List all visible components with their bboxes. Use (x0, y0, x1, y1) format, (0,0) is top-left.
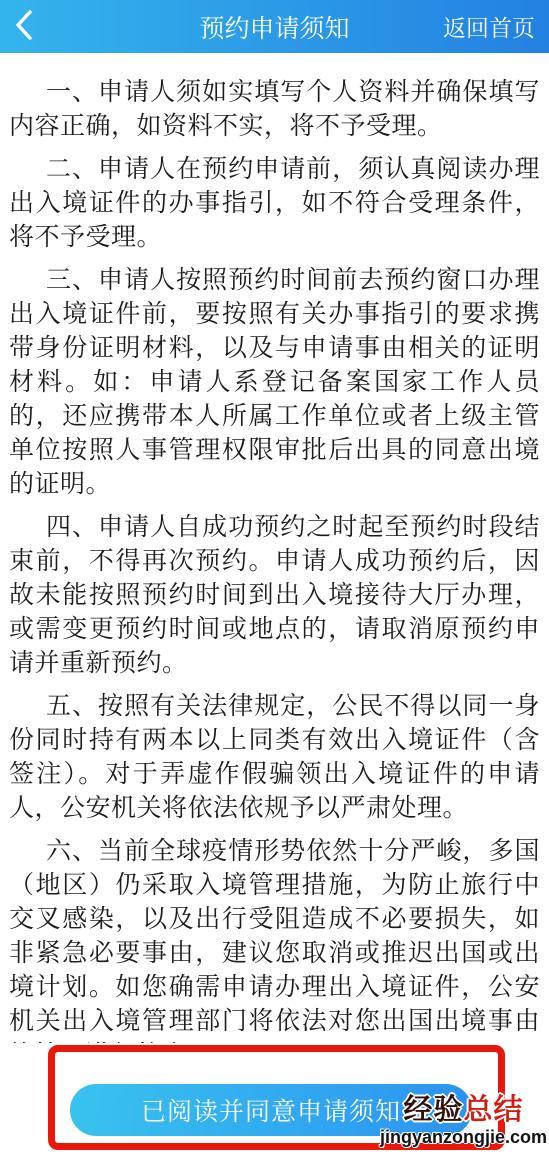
notice-paragraph: 一、申请人须如实填写个人资料并确保填写内容正确，如资料不实，将不予受理。 (9, 75, 540, 143)
watermark-brand-red: 总结 (463, 1094, 523, 1126)
back-button[interactable] (14, 9, 48, 45)
notice-paragraph: 六、当前全球疫情形势依然十分严峻，多国（地区）仍采取入境管理措施，为防止旅行中交… (9, 834, 540, 1043)
app-header: 预约申请须知 返回首页 (0, 0, 549, 53)
notice-paragraph: 四、申请人自成功预约之时起至预约时段结束前，不得再次预约。申请人成功预约后，因故… (9, 510, 540, 680)
notice-paragraph: 二、申请人在预约申请前，须认真阅读办理出入境证件的办事指引，如不符合受理条件，将… (9, 152, 540, 254)
agree-button-label: 已阅读并同意申请须知 (141, 1092, 401, 1128)
app-screen: 预约申请须知 返回首页 一、申请人须如实填写个人资料并确保填写内容正确，如资料不… (0, 0, 549, 1155)
agree-button[interactable]: 已阅读并同意申请须知 (70, 1084, 472, 1136)
notice-paragraph: 三、申请人按照预约时间前去预约窗口办理出入境证件前，要按照有关办事指引的要求携带… (9, 263, 540, 501)
notice-text-area: 一、申请人须如实填写个人资料并确保填写内容正确，如资料不实，将不予受理。 二、申… (0, 53, 549, 1043)
page-title: 预约申请须知 (199, 9, 349, 45)
chevron-left-icon (14, 9, 34, 44)
return-home-link[interactable]: 返回首页 (443, 10, 535, 43)
notice-paragraph: 五、按照有关法律规定，公民不得以同一身份同时持有两本以上同类有效出入境证件（含签… (9, 689, 540, 825)
